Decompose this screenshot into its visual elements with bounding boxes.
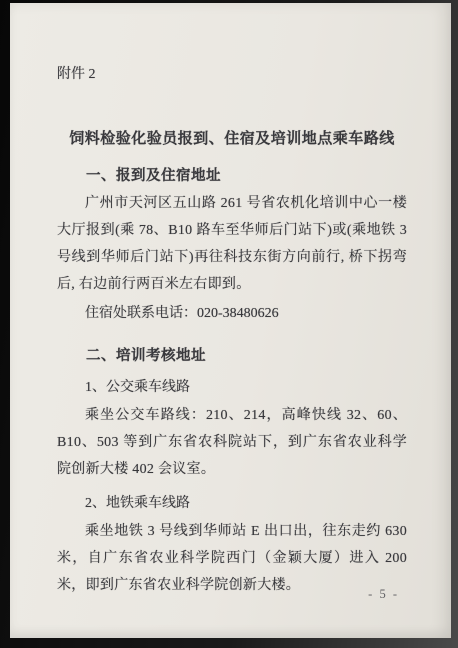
hotel-phone-line: 住宿处联系电话：020-38480626 <box>57 303 407 325</box>
scanned-page: 附件 2 饲料检验化验员报到、住宿及培训地点乘车路线 一、报到及住宿地址 广州市… <box>0 0 458 648</box>
bus-route-paragraph: 乘坐公交车路线：210、214，高峰快线 32、60、B10、503 等到广东省… <box>57 402 407 483</box>
attachment-label: 附件 2 <box>57 65 407 85</box>
bus-route-heading: 1、公交乘车线路 <box>57 377 407 399</box>
document-paper: 附件 2 饲料检验化验员报到、住宿及培训地点乘车路线 一、报到及住宿地址 广州市… <box>10 3 451 638</box>
metro-route-paragraph: 乘坐地铁 3 号线到华师站 E 出口出，往东走约 630 米，自广东省农业科学院… <box>57 518 407 599</box>
section-1-paragraph: 广州市天河区五山路 261 号省农机化培训中心一楼大厅报到(乘 78、B10 路… <box>57 190 407 298</box>
page-number: - 5 - <box>368 587 399 602</box>
section-1-heading: 一、报到及住宿地址 <box>57 165 407 187</box>
document-title: 饲料检验化验员报到、住宿及培训地点乘车路线 <box>57 127 407 151</box>
section-2-heading: 二、培训考核地址 <box>57 345 407 367</box>
document-content: 附件 2 饲料检验化验员报到、住宿及培训地点乘车路线 一、报到及住宿地址 广州市… <box>57 3 407 599</box>
metro-route-heading: 2、地铁乘车线路 <box>57 493 407 515</box>
